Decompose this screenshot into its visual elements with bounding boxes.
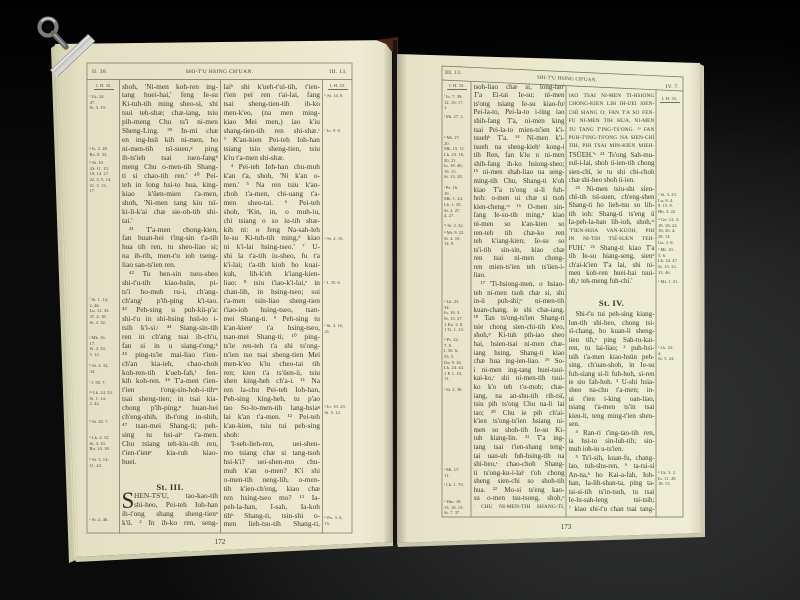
binder-clip-icon	[0, 0, 800, 600]
photo-stage: II. 38. SHI-T'U HSING CH'UAN. III. 13. I…	[0, 0, 800, 600]
